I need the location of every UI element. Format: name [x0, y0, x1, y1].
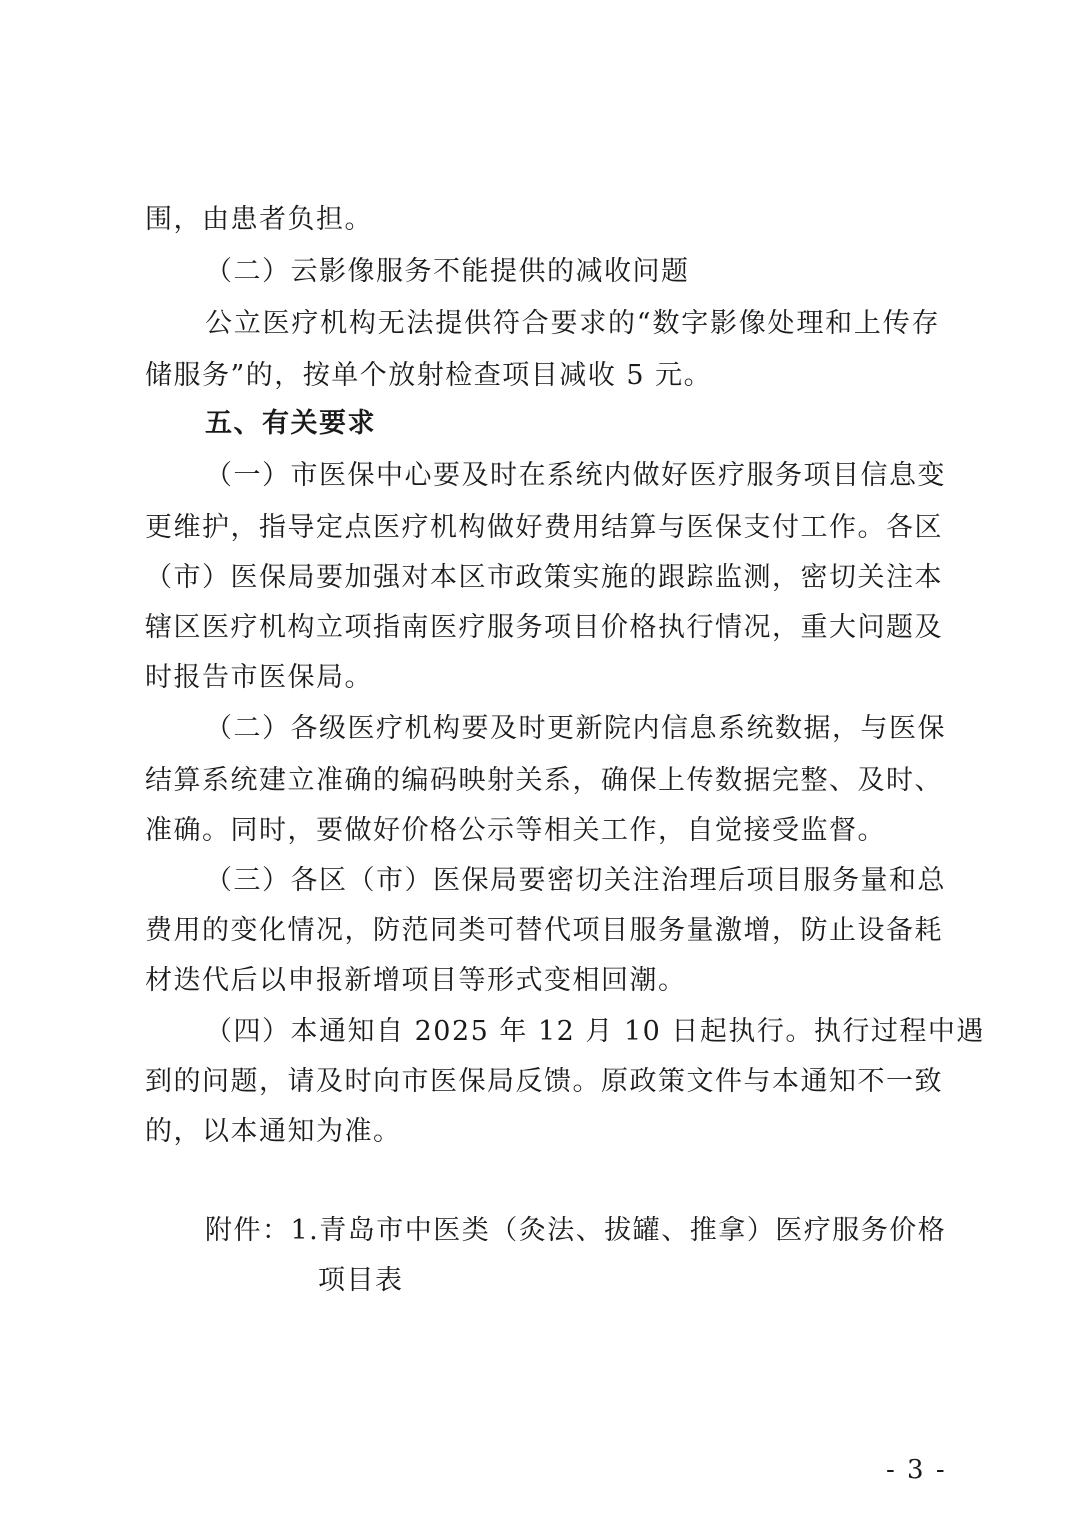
section-subheading: （二）云影像服务不能提供的减收问题: [205, 254, 1005, 290]
paragraph-line: 准确。同时，要做好价格公示等相关工作，自觉接受监督。: [145, 813, 945, 849]
section-heading: 五、有关要求: [205, 406, 1005, 442]
paragraph-line: 公立医疗机构无法提供符合要求的“数字影像处理和上传存: [205, 306, 940, 342]
page-number: - 3 -: [886, 1454, 947, 1486]
paragraph-line: 围，由患者负担。: [145, 202, 945, 238]
paragraph-line: 费用的变化情况，防范同类可替代项目服务量激增，防止设备耗: [145, 913, 940, 949]
paragraph-line: （二）各级医疗机构要及时更新院内信息系统数据，与医保: [205, 711, 940, 747]
paragraph-line: （一）市医保中心要及时在系统内做好医疗服务项目信息变: [205, 458, 940, 494]
paragraph-line: 结算系统建立准确的编码映射关系，确保上传数据完整、及时、: [145, 763, 940, 799]
paragraph-line: 储服务”的，按单个放射检查项目减收 5 元。: [145, 358, 945, 394]
paragraph-line: 的，以本通知为准。: [145, 1114, 945, 1150]
paragraph-line: 更维护，指导定点医疗机构做好费用结算与医保支付工作。各区: [145, 510, 940, 546]
paragraph-line: 到的问题，请及时向市医保局反馈。原政策文件与本通知不一致: [145, 1064, 940, 1100]
paragraph-line: （市）医保局要加强对本区市政策实施的跟踪监测，密切关注本: [145, 560, 940, 596]
paragraph-line: 辖区医疗机构立项指南医疗服务项目价格执行情况，重大问题及: [145, 610, 940, 646]
paragraph-line: （三）各区（市）医保局要密切关注治理后项目服务量和总: [205, 863, 940, 899]
paragraph-line: 时报告市医保局。: [145, 660, 945, 696]
document-page: 围，由患者负担。 （二）云影像服务不能提供的减收问题 公立医疗机构无法提供符合要…: [0, 0, 1074, 1520]
paragraph-line: 材迭代后以申报新增项目等形式变相回潮。: [145, 963, 945, 999]
attachment-continuation: 项目表: [318, 1263, 1074, 1299]
paragraph-line: （四）本通知自 2025 年 12 月 10 日起执行。执行过程中遇: [205, 1014, 940, 1050]
attachment-label: 附件：1.青岛市中医类（灸法、拔罐、推拿）医疗服务价格: [205, 1213, 940, 1249]
